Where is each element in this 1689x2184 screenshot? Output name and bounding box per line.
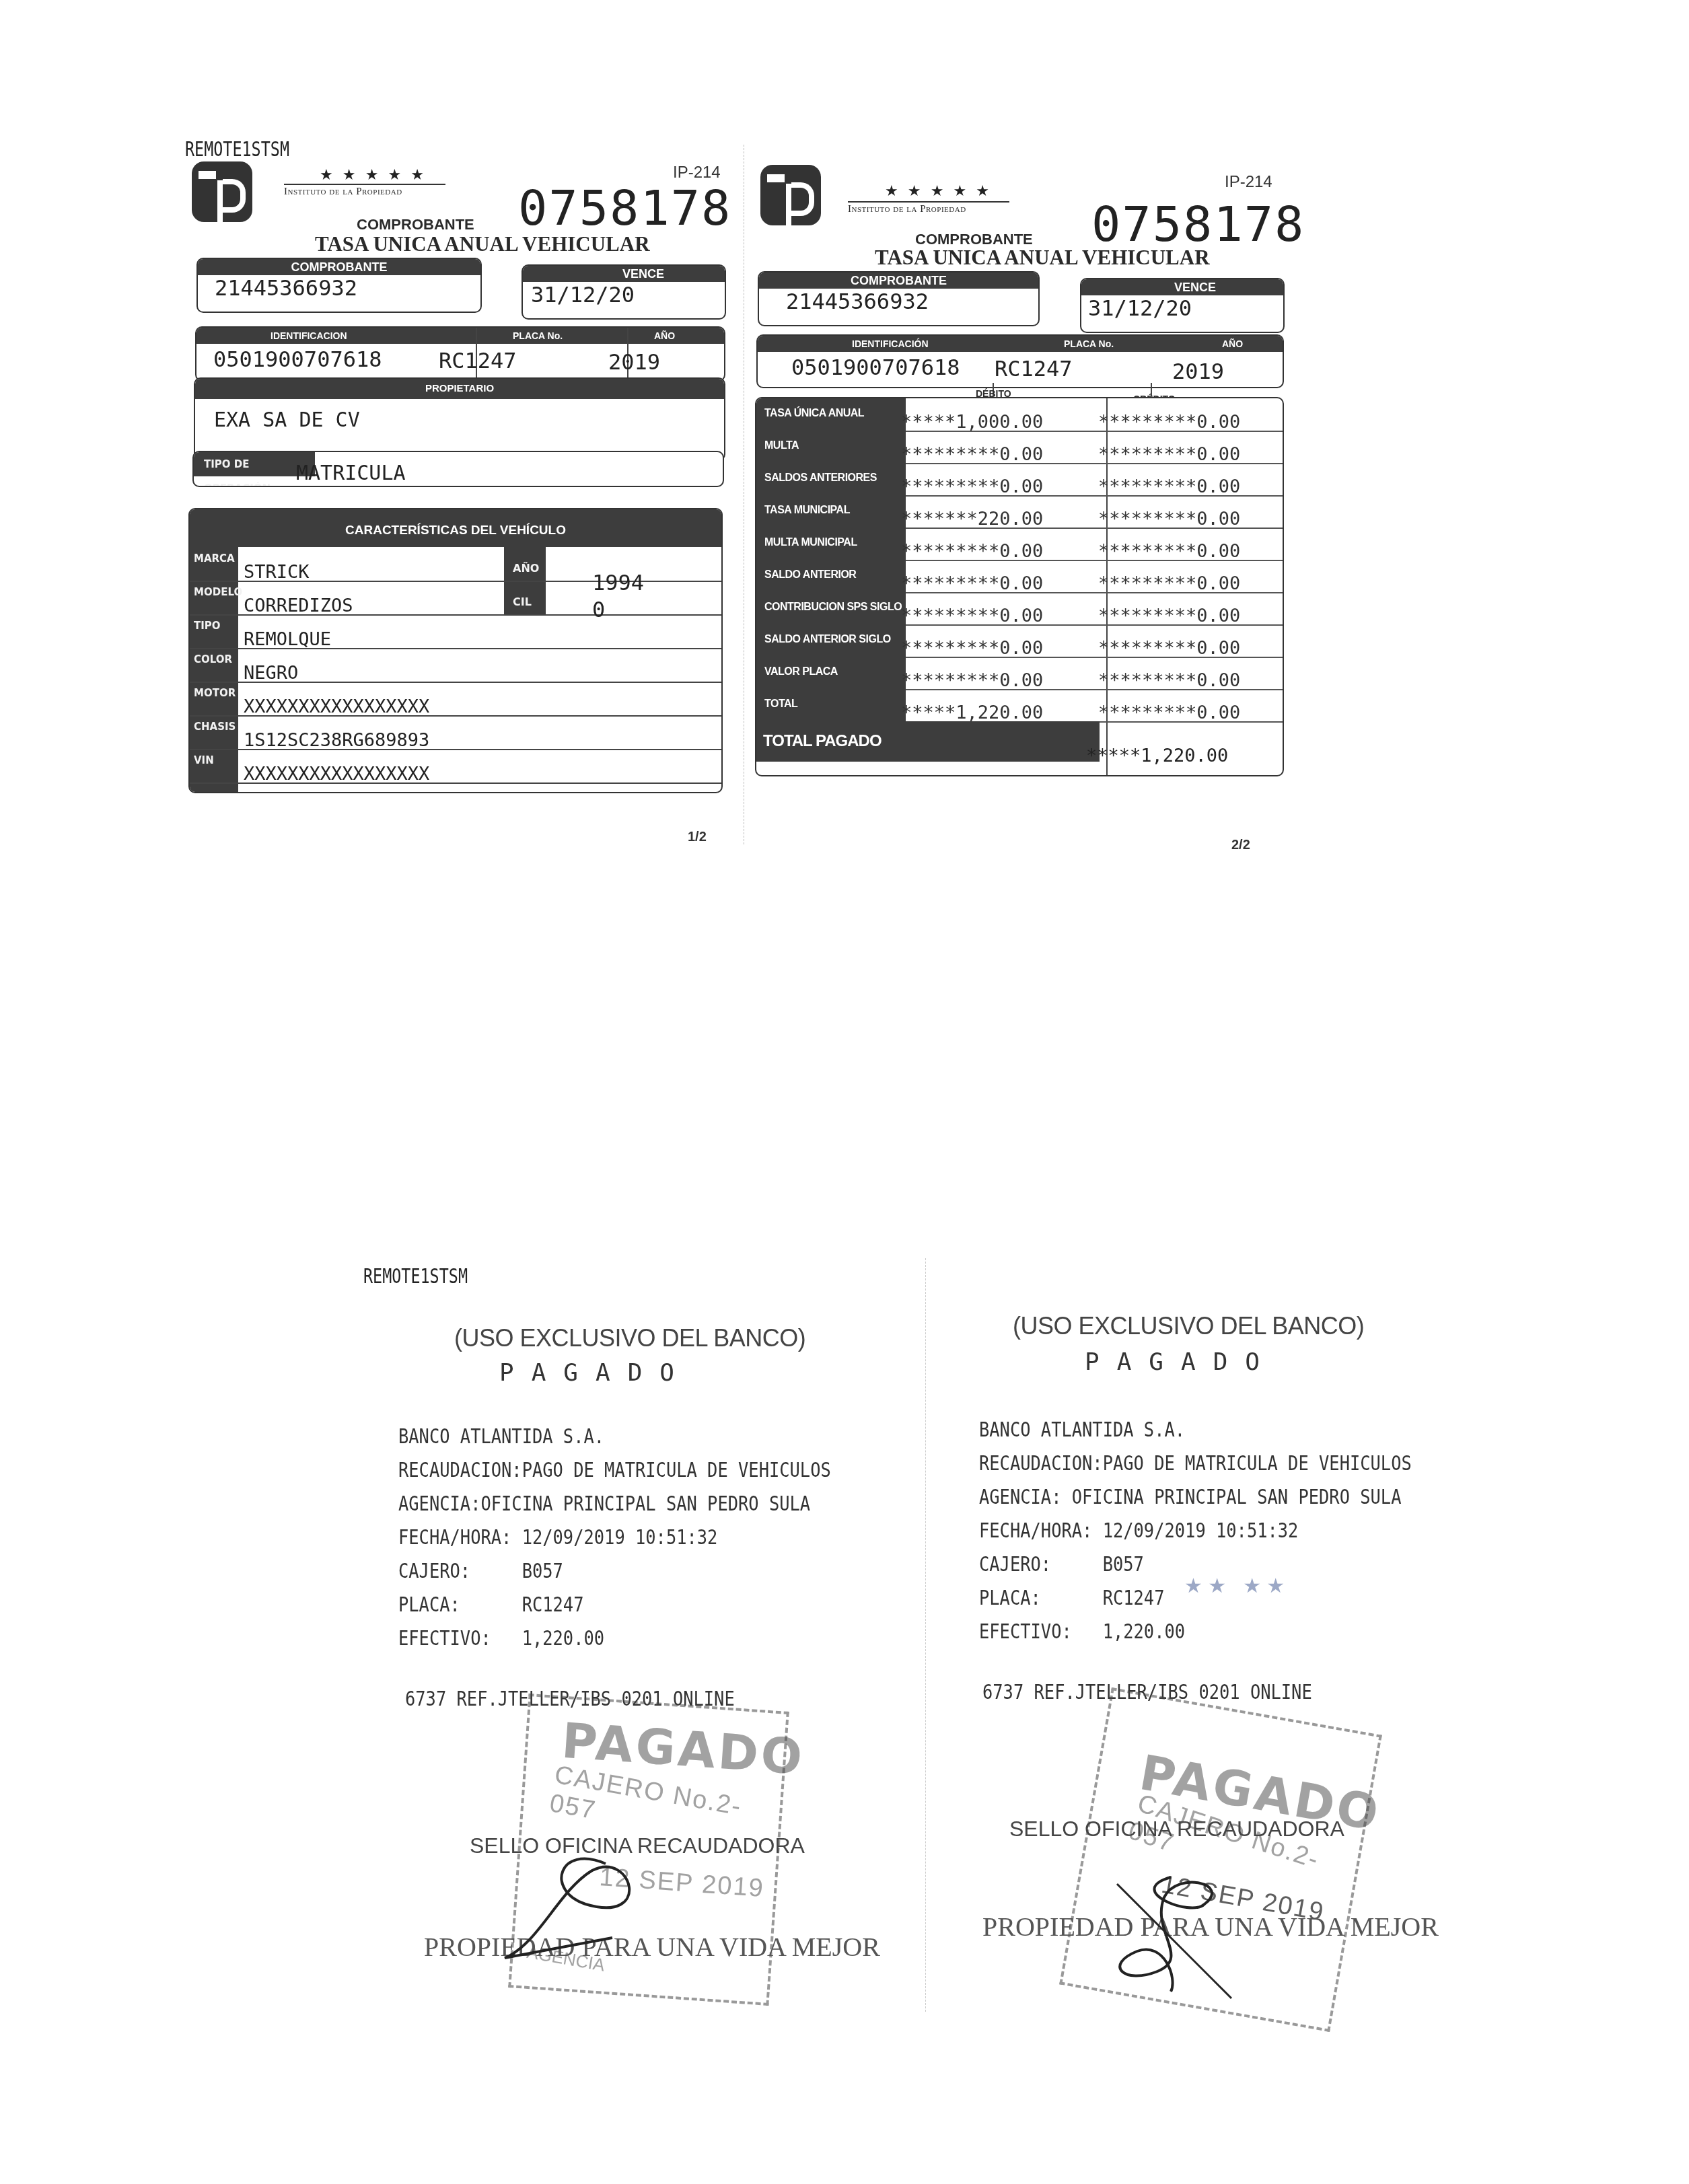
cil-value: 0 — [592, 597, 605, 622]
vence-box: VENCE 31/12/20 — [522, 264, 726, 320]
bank-line: FECHA/HORA: 12/09/2019 10:51:32 — [979, 1514, 1412, 1548]
vehicle-row: MOTORXXXXXXXXXXXXXXXXX — [190, 682, 721, 717]
vehicle-row-value: XXXXXXXXXXXXXXXXX — [244, 696, 429, 717]
anio-value: 2019 — [1172, 359, 1224, 384]
signature-icon — [478, 1850, 680, 1971]
fee-debito: *****1,000.00 — [901, 412, 1043, 433]
fee-credito: *********0.00 — [1098, 444, 1240, 465]
comprobante-label: COMPROBANTE — [759, 272, 1038, 289]
receipt-page-2: ★ ★ ★ ★ ★ Instituto de la Propiedad IP-2… — [747, 145, 1305, 871]
bank-line: RECAUDACION:PAGO DE MATRICULA DE VEHICUL… — [398, 1453, 831, 1487]
vehicle-row-value: REMOLQUE — [244, 629, 331, 650]
star-mark-icon: ★ ★ ★ ★ — [1184, 1574, 1285, 1598]
receipt-page-1: REMOTE1STSM ★ ★ ★ ★ ★ Instituto de la Pr… — [182, 131, 740, 858]
fee-credito: *********0.00 — [1098, 541, 1240, 562]
anio-label: AÑO — [654, 328, 675, 344]
vence-label: VENCE — [523, 266, 725, 282]
bank-line: CAJERO: B057 — [398, 1554, 831, 1588]
fee-label: TASA ÚNICA ANUAL — [756, 398, 906, 431]
fee-row: SALDO ANTERIOR MUNICIPAL*********0.00***… — [756, 560, 1283, 593]
fee-label: MULTA — [756, 431, 906, 463]
fee-credito: *********0.00 — [1098, 509, 1240, 530]
fee-row: MULTA*********0.00*********0.00 — [756, 431, 1283, 464]
serial-number: 0758178 — [518, 180, 731, 236]
stars-icon: ★ ★ ★ ★ ★ — [320, 166, 427, 184]
document-title: TASA UNICA ANUAL VEHICULAR — [315, 232, 650, 256]
comprobante-value: 21445366932 — [759, 289, 1038, 314]
bank-line: PLACA: RC1247 — [398, 1588, 831, 1622]
page-marker: 2/2 — [1231, 838, 1250, 853]
fee-label: CONTRIBUCION SPS SIGLO XXI — [756, 592, 906, 624]
vehicle-row: CHASIS1S12SC238RG689893 — [190, 715, 721, 750]
placa-value: RC1247 — [995, 356, 1073, 381]
fee-row: TASA ÚNICA ANUAL*****1,000.00*********0.… — [756, 398, 1283, 432]
bank-line: EFECTIVO: 1,220.00 — [398, 1622, 831, 1655]
form-code: IP-214 — [1225, 173, 1272, 192]
vehicle-row-label: MODELO — [194, 586, 242, 598]
vehicle-row-label: TIPO — [194, 620, 221, 632]
bank-line: AGENCIA: OFICINA PRINCIPAL SAN PEDRO SUL… — [979, 1480, 1412, 1514]
payment-status: PAGADO — [499, 1359, 692, 1387]
bank-header: (USO EXCLUSIVO DEL BANCO) — [1013, 1312, 1364, 1340]
vehicle-row-label: VIN — [194, 754, 214, 766]
fee-row: SALDO ANTERIOR SIGLO XXI*********0.00***… — [756, 624, 1283, 658]
anio-vehiculo-label: AÑO — [513, 562, 539, 575]
fee-row: MULTA MUNICIPAL*********0.00*********0.0… — [756, 527, 1283, 561]
fee-label: TASA MUNICIPAL — [756, 495, 906, 527]
bank-details: BANCO ATLANTIDA S.A. RECAUDACION:PAGO DE… — [979, 1413, 1507, 1648]
fee-credito: *********0.00 — [1098, 606, 1240, 626]
payment-status: PAGADO — [1085, 1348, 1277, 1376]
bank-line: BANCO ATLANTIDA S.A. — [979, 1413, 1412, 1447]
fee-credito: *********0.00 — [1098, 702, 1240, 723]
fee-debito: *********0.00 — [901, 444, 1043, 465]
propietario-label: PROPIETARIO — [195, 379, 724, 399]
ip-logo-icon — [760, 165, 821, 225]
fee-debito: *******220.00 — [901, 509, 1043, 530]
stars-icon: ★ ★ ★ ★ ★ — [885, 182, 992, 200]
fee-label: VALOR PLACA — [756, 657, 906, 689]
vence-box: VENCE 31/12/20 — [1080, 278, 1285, 333]
fee-label: SALDO ANTERIOR SIGLO XXI — [756, 624, 906, 657]
vence-label: VENCE — [1081, 279, 1283, 295]
vehicle-row-label: MOTOR — [194, 687, 236, 699]
subtitle: COMPROBANTE — [357, 216, 474, 233]
fee-debito: *********0.00 — [901, 573, 1043, 594]
bank-line: AGENCIA:OFICINA PRINCIPAL SAN PEDRO SULA — [398, 1487, 831, 1521]
identificacion-box: IDENTIFICACION PLACA No. AÑO 05019007076… — [195, 326, 725, 381]
ip-logo-icon — [192, 161, 252, 222]
total-pagado-value: *****1,220.00 — [1086, 745, 1228, 766]
placa-label: PLACA No. — [513, 328, 563, 344]
vence-value: 31/12/20 — [1081, 295, 1283, 321]
remote-id: REMOTE1STSM — [185, 138, 289, 161]
comprobante-box: COMPROBANTE 21445366932 — [196, 258, 482, 313]
bank-receipt-left: REMOTE1STSM (USO EXCLUSIVO DEL BANCO) PA… — [357, 1258, 935, 2012]
vehicle-row-value: NEGRO — [244, 663, 298, 684]
anio-vehiculo-value: 1994 — [592, 570, 644, 595]
vehicle-row: TIPOREMOLQUE — [190, 614, 721, 649]
fee-debito: *********0.00 — [901, 670, 1043, 691]
bank-line: FECHA/HORA: 12/09/2019 10:51:32 — [398, 1521, 831, 1554]
remote-id: REMOTE1STSM — [363, 1265, 468, 1288]
bank-line: EFECTIVO: 1,220.00 — [979, 1615, 1412, 1648]
fee-debito: *********0.00 — [901, 638, 1043, 659]
tipo-operacion-value: MATRICULA — [296, 462, 406, 485]
caracteristicas-box: CARACTERÍSTICAS DEL VEHÍCULO MARCASTRICK… — [188, 508, 723, 793]
placa-label: PLACA No. — [1064, 336, 1114, 352]
vehicle-row-value: 1S12SC238RG689893 — [244, 730, 429, 751]
fee-credito: *********0.00 — [1098, 412, 1240, 433]
fold-line — [925, 1258, 926, 2012]
vehicle-row: COLORNEGRO — [190, 648, 721, 683]
total-pagado-label: TOTAL PAGADO — [763, 732, 882, 751]
vehicle-row-label: CHASIS — [194, 721, 236, 733]
identificacion-value: 0501900707618 — [213, 347, 382, 372]
fee-label: TOTAL — [756, 689, 906, 721]
identificacion-value: 0501900707618 — [791, 355, 960, 380]
fee-label: SALDOS ANTERIORES — [756, 463, 906, 495]
page-marker: 1/2 — [688, 830, 707, 845]
fee-row: VALOR PLACA*********0.00*********0.00 — [756, 657, 1283, 690]
comprobante-value: 21445366932 — [198, 275, 480, 301]
vehicle-row-value: XXXXXXXXXXXXXXXXX — [244, 764, 429, 785]
institution-name: Instituto de la Propiedad — [284, 184, 445, 198]
fee-row: TASA MUNICIPAL*******220.00*********0.00 — [756, 495, 1283, 529]
fee-credito: *********0.00 — [1098, 476, 1240, 497]
fee-debito: *********0.00 — [901, 476, 1043, 497]
propietario-value: EXA SA DE CV — [195, 399, 724, 432]
sello-label: SELLO OFICINA RECAUDADORA — [1009, 1817, 1344, 1842]
document-title: TASA UNICA ANUAL VEHICULAR — [875, 246, 1210, 270]
fee-debito: *********0.00 — [901, 541, 1043, 562]
fee-row: SALDOS ANTERIORES*********0.00*********0… — [756, 463, 1283, 497]
fee-credito: *********0.00 — [1098, 638, 1240, 659]
fee-label: SALDO ANTERIOR MUNICIPAL — [756, 560, 906, 592]
anio-value: 2019 — [608, 349, 660, 375]
fee-row: TOTAL*****1,220.00*********0.00 — [756, 689, 1283, 723]
caracteristicas-title: CARACTERÍSTICAS DEL VEHÍCULO — [190, 509, 721, 547]
bank-line: RECAUDACION:PAGO DE MATRICULA DE VEHICUL… — [979, 1447, 1412, 1480]
fee-credito: *********0.00 — [1098, 670, 1240, 691]
propietario-box: PROPIETARIO EXA SA DE CV — [194, 377, 725, 461]
serial-number: 0758178 — [1091, 196, 1305, 252]
fee-debito: *****1,220.00 — [901, 702, 1043, 723]
comprobante-label: COMPROBANTE — [198, 259, 480, 275]
fees-table: TASA ÚNICA ANUAL*****1,000.00*********0.… — [755, 397, 1284, 776]
tipo-operacion-box: TIPO DE OPERACIÓN MATRICULA — [192, 451, 724, 487]
vehicle-row-value: CORREDIZOS — [244, 595, 353, 616]
fold-line — [744, 145, 744, 844]
comprobante-box: COMPROBANTE 21445366932 — [758, 271, 1040, 326]
fee-credito: *********0.00 — [1098, 573, 1240, 594]
placa-value: RC1247 — [439, 348, 517, 373]
vehicle-row: VINXXXXXXXXXXXXXXXXX — [190, 749, 721, 784]
vehicle-row-value: STRICK — [244, 562, 310, 583]
vehicle-row-label: MARCA — [194, 552, 235, 565]
signature-icon — [1097, 1870, 1258, 2005]
total-pagado-row: TOTAL PAGADO — [756, 721, 1100, 762]
identificacion-label: IDENTIFICACION — [271, 328, 347, 344]
bank-line: BANCO ATLANTIDA S.A. — [398, 1420, 831, 1453]
institution-name: Instituto de la Propiedad — [848, 201, 1009, 215]
identificacion-label: IDENTIFICACIÓN — [852, 336, 929, 352]
fee-debito: *********0.00 — [901, 606, 1043, 626]
cil-label: CIL — [513, 595, 532, 608]
bank-details: BANCO ATLANTIDA S.A. RECAUDACION:PAGO DE… — [398, 1420, 926, 1655]
bank-receipt-right: (USO EXCLUSIVO DEL BANCO) PAGADO BANCO A… — [962, 1278, 1514, 2032]
fee-label: MULTA MUNICIPAL — [756, 527, 906, 560]
anio-label: AÑO — [1222, 336, 1243, 352]
vence-value: 31/12/20 — [523, 282, 725, 307]
bank-header: (USO EXCLUSIVO DEL BANCO) — [454, 1324, 805, 1352]
identificacion-box: IDENTIFICACIÓN PLACA No. AÑO 05019007076… — [756, 334, 1284, 388]
fee-row: CONTRIBUCION SPS SIGLO XXI*********0.00*… — [756, 592, 1283, 626]
vehicle-row-label: COLOR — [194, 653, 232, 665]
